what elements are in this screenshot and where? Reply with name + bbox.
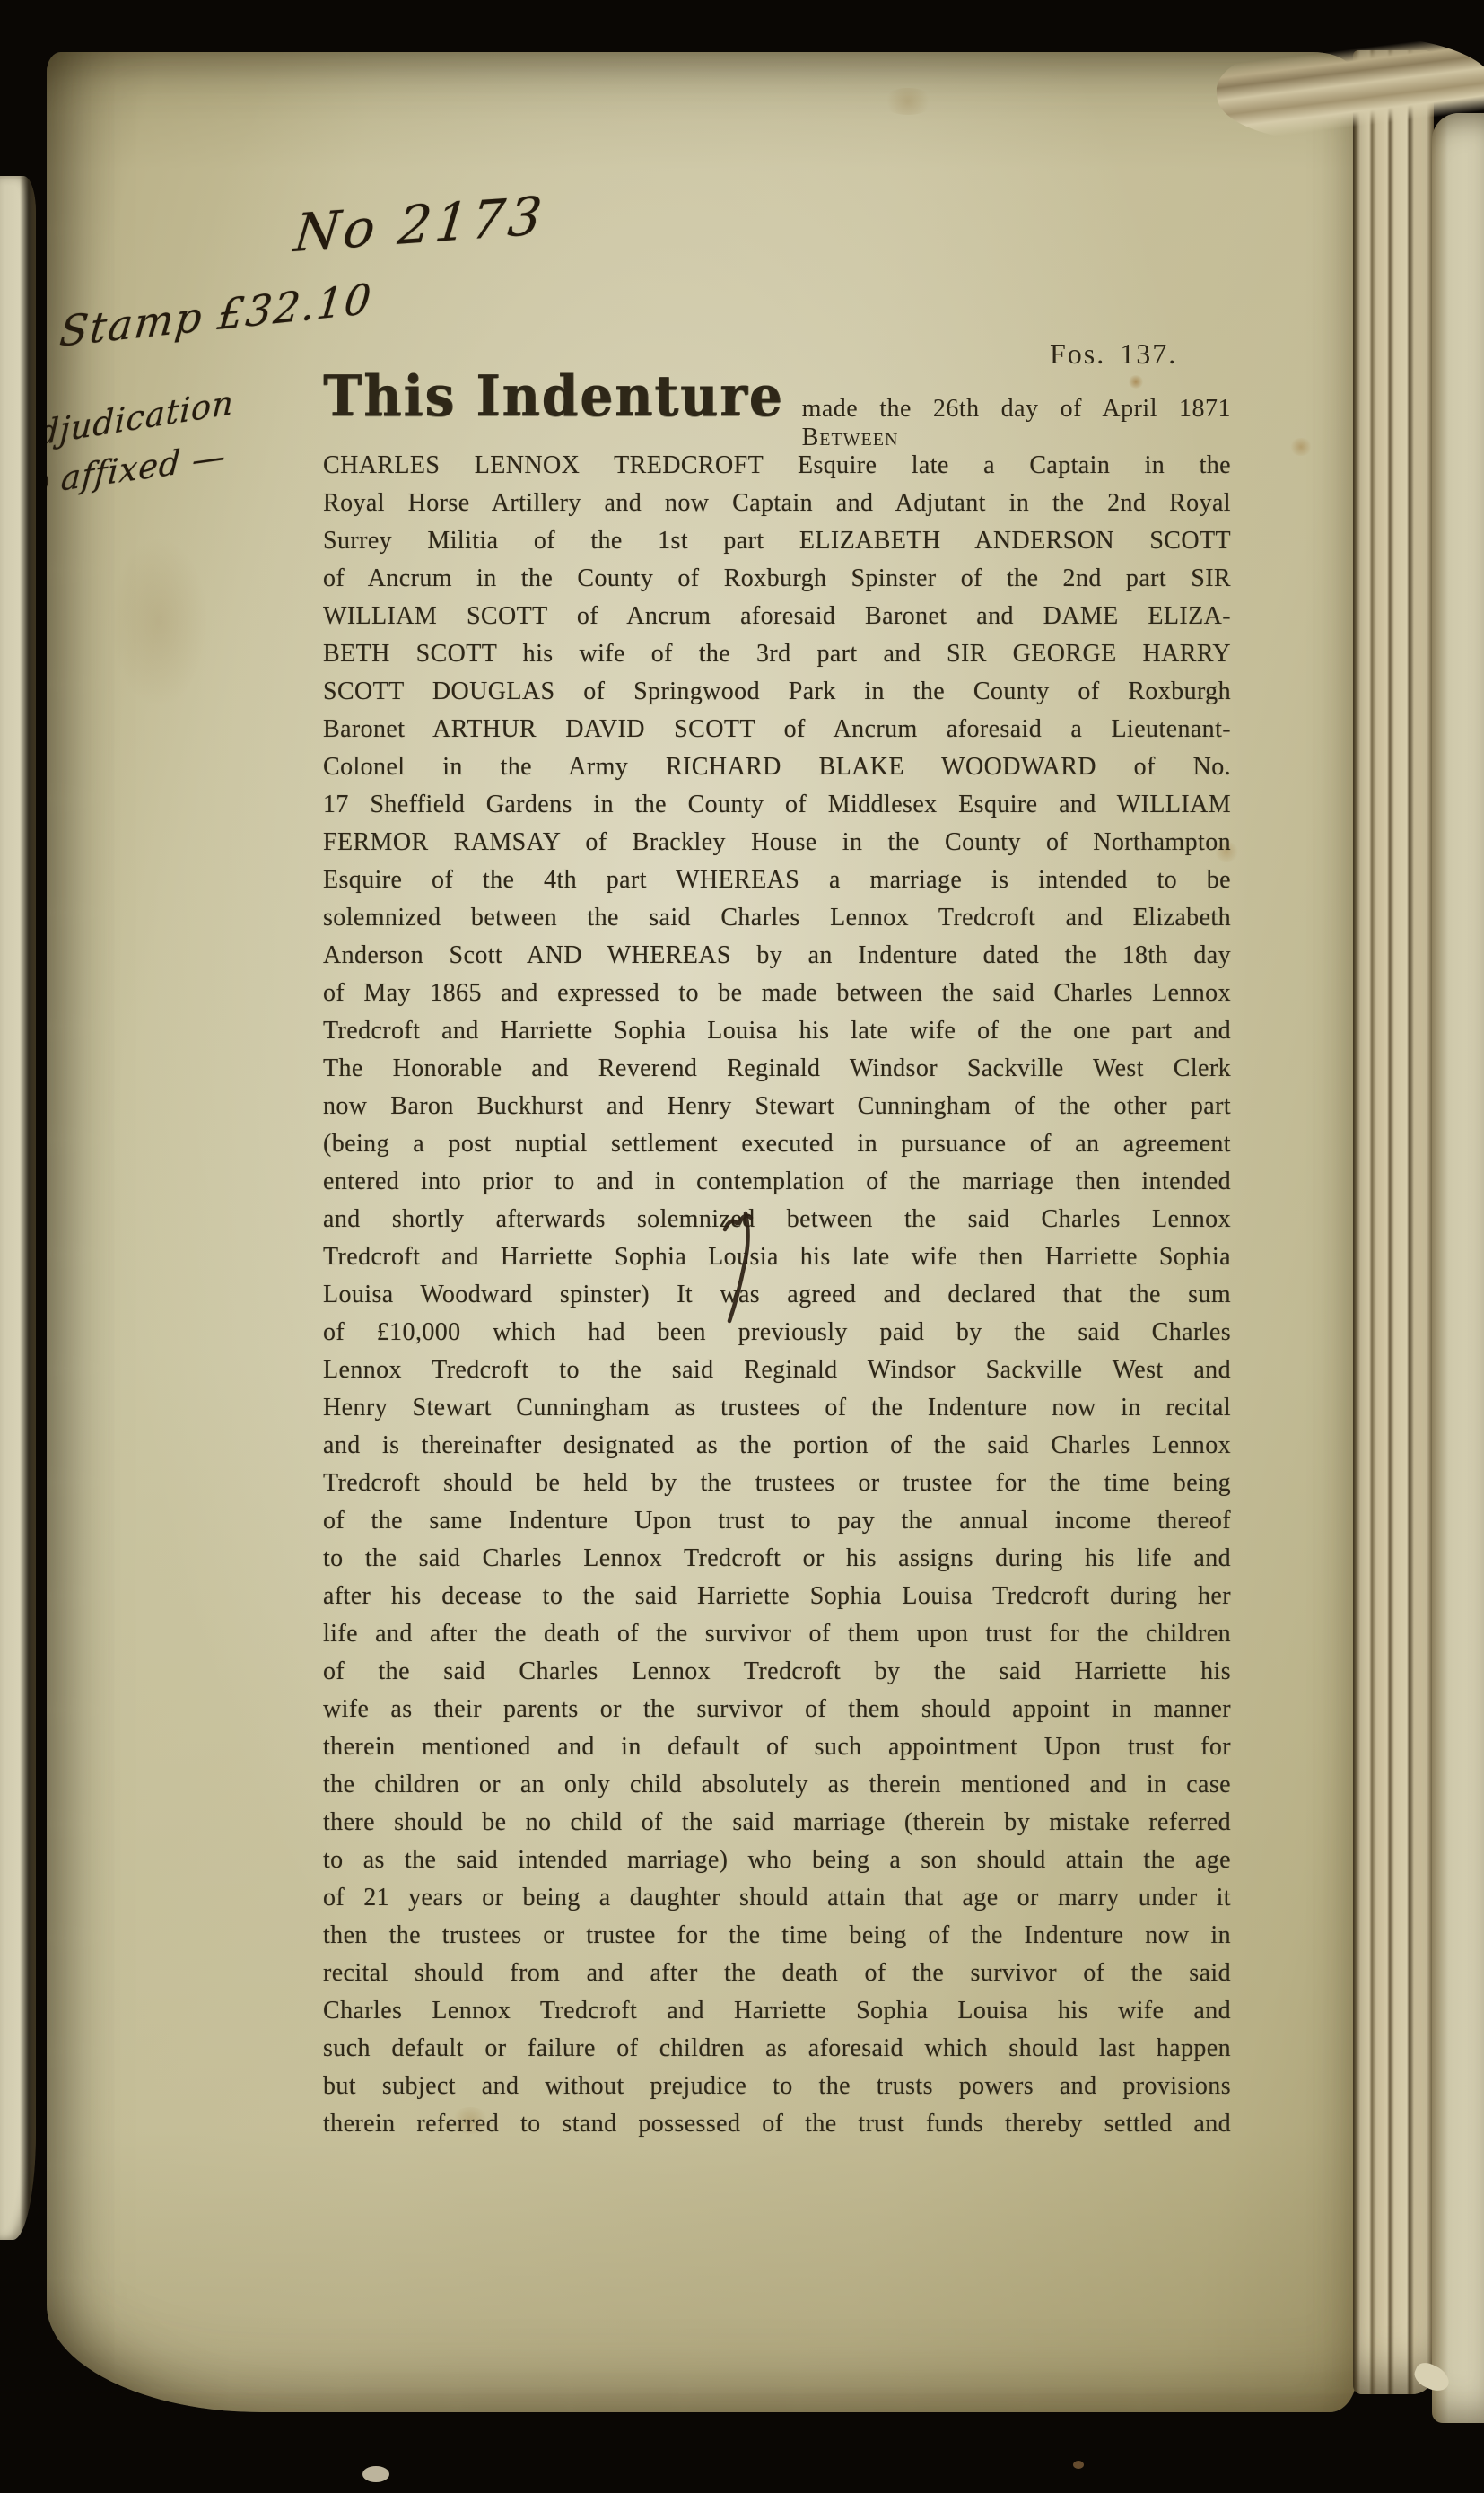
deed-text-line: (being a post nuptial settlement execute… bbox=[323, 1125, 1231, 1163]
deed-text-line: and shortly afterwards solemnized betwee… bbox=[323, 1201, 1231, 1238]
deed-text-lines: CHARLES LENNOX TREDCROFT Esquire late a … bbox=[323, 447, 1231, 2143]
previous-page-edge bbox=[0, 176, 36, 2240]
deed-text-line: Charles Lennox Tredcroft and Harriette S… bbox=[323, 1992, 1231, 2030]
deed-text-line: Surrey Militia of the 1st part ELIZABETH… bbox=[323, 522, 1231, 560]
foxing-stain bbox=[1289, 438, 1313, 456]
deed-text-line: Baronet ARTHUR DAVID SCOTT of Ancrum afo… bbox=[323, 711, 1231, 748]
deed-text-line: WILLIAM SCOTT of Ancrum aforesaid Barone… bbox=[323, 598, 1231, 635]
deed-text-line: of Ancrum in the County of Roxburgh Spin… bbox=[323, 560, 1231, 598]
deed-text-line: Lennox Tredcroft to the said Reginald Wi… bbox=[323, 1351, 1231, 1389]
deed-text-line: wife as their parents or the survivor of… bbox=[323, 1691, 1231, 1728]
deed-text-line: recital should from and after the death … bbox=[323, 1955, 1231, 1992]
deed-page: No 2173 Stamp £32.10 adjudication p affi… bbox=[47, 52, 1357, 2412]
deed-text-line: Tredcroft and Harriette Sophia Lousia hi… bbox=[323, 1238, 1231, 1276]
deed-text-line: to the said Charles Lennox Tredcroft or … bbox=[323, 1540, 1231, 1578]
deed-body: This Indenture made the 26th day of Apri… bbox=[323, 368, 1231, 2143]
foxing-stain bbox=[109, 537, 208, 707]
deed-text-line: Colonel in the Army RICHARD BLAKE WOODWA… bbox=[323, 748, 1231, 786]
deed-text-line: Tredcroft and Harriette Sophia Louisa hi… bbox=[323, 1012, 1231, 1050]
deed-text-line: of £10,000 which had been previously pai… bbox=[323, 1314, 1231, 1351]
deed-text-line: The Honorable and Reverend Reginald Wind… bbox=[323, 1050, 1231, 1088]
deed-text-line: FERMOR RAMSAY of Brackley House in the C… bbox=[323, 824, 1231, 862]
deed-text-line: entered into prior to and in contemplati… bbox=[323, 1163, 1231, 1201]
deed-text-line: 17 Sheffield Gardens in the County of Mi… bbox=[323, 786, 1231, 824]
fore-edge-page-stack bbox=[1353, 50, 1434, 2394]
deed-text-line: Royal Horse Artillery and now Captain an… bbox=[323, 485, 1231, 522]
deed-text-line: BETH SCOTT his wife of the 3rd part and … bbox=[323, 635, 1231, 673]
deed-text-line: life and after the death of the survivor… bbox=[323, 1615, 1231, 1653]
deed-text-line: solemnized between the said Charles Lenn… bbox=[323, 899, 1231, 937]
deed-text-line: therein referred to stand possessed of t… bbox=[323, 2105, 1231, 2143]
deed-text-line: but subject and without prejudice to the… bbox=[323, 2068, 1231, 2105]
deed-text-line: now Baron Buckhurst and Henry Stewart Cu… bbox=[323, 1088, 1231, 1125]
deed-text-line: CHARLES LENNOX TREDCROFT Esquire late a … bbox=[323, 447, 1231, 485]
deed-opening-line: This Indenture made the 26th day of Apri… bbox=[323, 368, 1231, 447]
handwritten-stamp-note: Stamp £32.10 bbox=[57, 274, 375, 355]
deed-text-line: Esquire of the 4th part WHEREAS a marria… bbox=[323, 862, 1231, 899]
opening-line-continuation: made the 26th day of April 1871 Between bbox=[802, 395, 1231, 452]
blackletter-this-indenture: This Indenture bbox=[323, 363, 784, 429]
deed-text-line: then the trustees or trustee for the tim… bbox=[323, 1917, 1231, 1955]
deed-text-line: and is thereinafter designated as the po… bbox=[323, 1427, 1231, 1465]
deed-text-line: the children or an only child absolutely… bbox=[323, 1766, 1231, 1804]
deed-text-line: of 21 years or being a daughter should a… bbox=[323, 1879, 1231, 1917]
deed-text-line: of the same Indenture Upon trust to pay … bbox=[323, 1502, 1231, 1540]
paper-speck bbox=[362, 2466, 389, 2482]
deed-text-line: of May 1865 and expressed to be made bet… bbox=[323, 975, 1231, 1012]
book-photo: No 2173 Stamp £32.10 adjudication p affi… bbox=[0, 0, 1484, 2493]
deed-text-line: Tredcroft should be held by the trustees… bbox=[323, 1465, 1231, 1502]
deed-text-line: therein mentioned and in default of such… bbox=[323, 1728, 1231, 1766]
paper-speck bbox=[1073, 2461, 1084, 2469]
next-page-edge bbox=[1432, 113, 1484, 2423]
handwritten-doc-number: No 2173 bbox=[292, 185, 548, 264]
deed-text-line: Louisa Woodward spinster) It was agreed … bbox=[323, 1276, 1231, 1314]
deed-text-line: there should be no child of the said mar… bbox=[323, 1804, 1231, 1841]
deed-text-line: Henry Stewart Cunningham as trustees of … bbox=[323, 1389, 1231, 1427]
foxing-stain bbox=[881, 88, 935, 115]
opening-date-text: made the 26th day of April 1871 bbox=[802, 395, 1231, 423]
deed-text-line: after his decease to the said Harriette … bbox=[323, 1578, 1231, 1615]
deed-text-line: Anderson Scott AND WHEREAS by an Indentu… bbox=[323, 937, 1231, 975]
folio-number: Fos. 137. bbox=[1050, 337, 1177, 371]
deed-text-line: such default or failure of children as a… bbox=[323, 2030, 1231, 2068]
deed-text-line: of the said Charles Lennox Tredcroft by … bbox=[323, 1653, 1231, 1691]
deed-text-line: to as the said intended marriage) who be… bbox=[323, 1841, 1231, 1879]
ink-correction-mark bbox=[718, 1208, 764, 1326]
deed-text-line: SCOTT DOUGLAS of Springwood Park in the … bbox=[323, 673, 1231, 711]
